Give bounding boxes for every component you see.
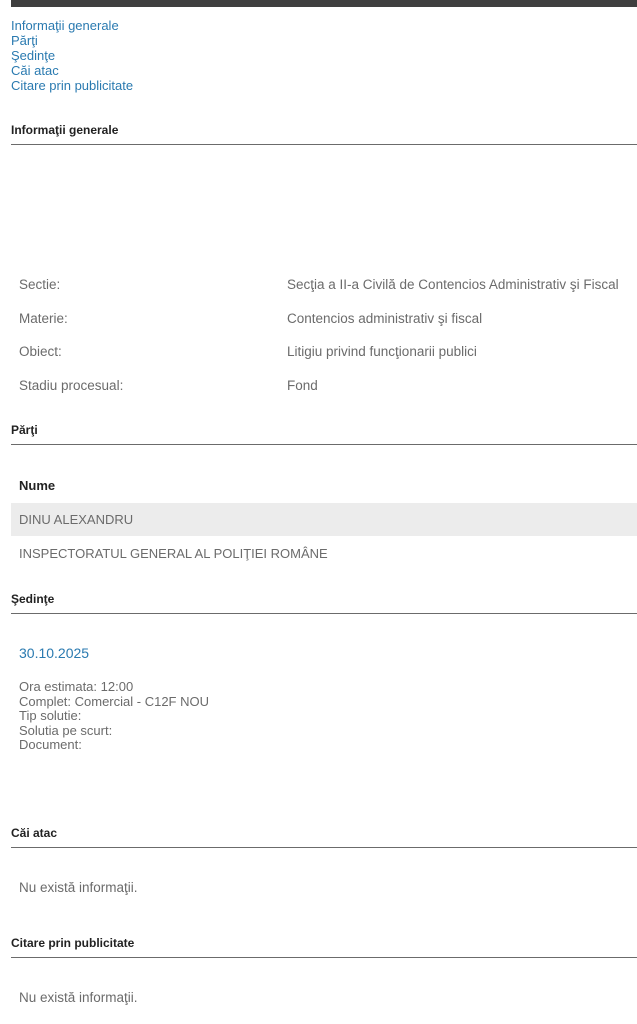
section-nav: Informaţii generale Părţi Şedinţe Căi at… bbox=[11, 18, 133, 93]
hearing-solution-type: Tip solutie: bbox=[19, 709, 209, 724]
nav-link-parti[interactable]: Părţi bbox=[11, 33, 133, 48]
column-header-nume: Nume bbox=[19, 478, 55, 493]
party-row: INSPECTORATUL GENERAL AL POLIŢIEI ROMÂNE bbox=[11, 537, 637, 570]
info-row-materie: Materie: Contencios administrativ şi fis… bbox=[19, 311, 637, 331]
info-row-sectie: Sectie: Secţia a II-a Civilă de Contenci… bbox=[19, 277, 637, 297]
hearing-date: 30.10.2025 bbox=[19, 645, 89, 661]
section-title-citare: Citare prin publicitate bbox=[11, 936, 637, 958]
section-title-sedinte: Şedinţe bbox=[11, 592, 637, 614]
section-title-parti: Părţi bbox=[11, 423, 637, 445]
nav-link-citare[interactable]: Citare prin publicitate bbox=[11, 78, 133, 93]
info-label: Obiect: bbox=[19, 344, 62, 359]
info-label: Stadiu procesual: bbox=[19, 378, 123, 393]
info-row-stadiu: Stadiu procesual: Fond bbox=[19, 378, 637, 398]
hearing-document: Document: bbox=[19, 738, 209, 753]
hearing-panel: Complet: Comercial - C12F NOU bbox=[19, 695, 209, 710]
info-value: Fond bbox=[287, 378, 318, 393]
info-row-obiect: Obiect: Litigiu privind funcţionarii pub… bbox=[19, 344, 637, 364]
info-label: Sectie: bbox=[19, 277, 60, 292]
party-row: DINU ALEXANDRU bbox=[11, 503, 637, 536]
hearing-solution-summary: Solutia pe scurt: bbox=[19, 724, 209, 739]
citations-empty-text: Nu există informaţii. bbox=[19, 990, 138, 1005]
section-title-cai-atac: Căi atac bbox=[11, 826, 637, 848]
header-bar bbox=[11, 0, 637, 7]
nav-link-informatii-generale[interactable]: Informaţii generale bbox=[11, 18, 133, 33]
appeals-empty-text: Nu există informaţii. bbox=[19, 880, 138, 895]
hearing-time: Ora estimata: 12:00 bbox=[19, 680, 209, 695]
info-value: Litigiu privind funcţionarii publici bbox=[287, 344, 477, 359]
nav-link-cai-atac[interactable]: Căi atac bbox=[11, 63, 133, 78]
hearing-details: Ora estimata: 12:00 Complet: Comercial -… bbox=[19, 680, 209, 753]
info-value: Contencios administrativ şi fiscal bbox=[287, 311, 482, 326]
info-value: Secţia a II-a Civilă de Contencios Admin… bbox=[287, 277, 619, 292]
info-label: Materie: bbox=[19, 311, 68, 326]
section-title-general: Informaţii generale bbox=[11, 123, 637, 145]
nav-link-sedinte[interactable]: Şedinţe bbox=[11, 48, 133, 63]
